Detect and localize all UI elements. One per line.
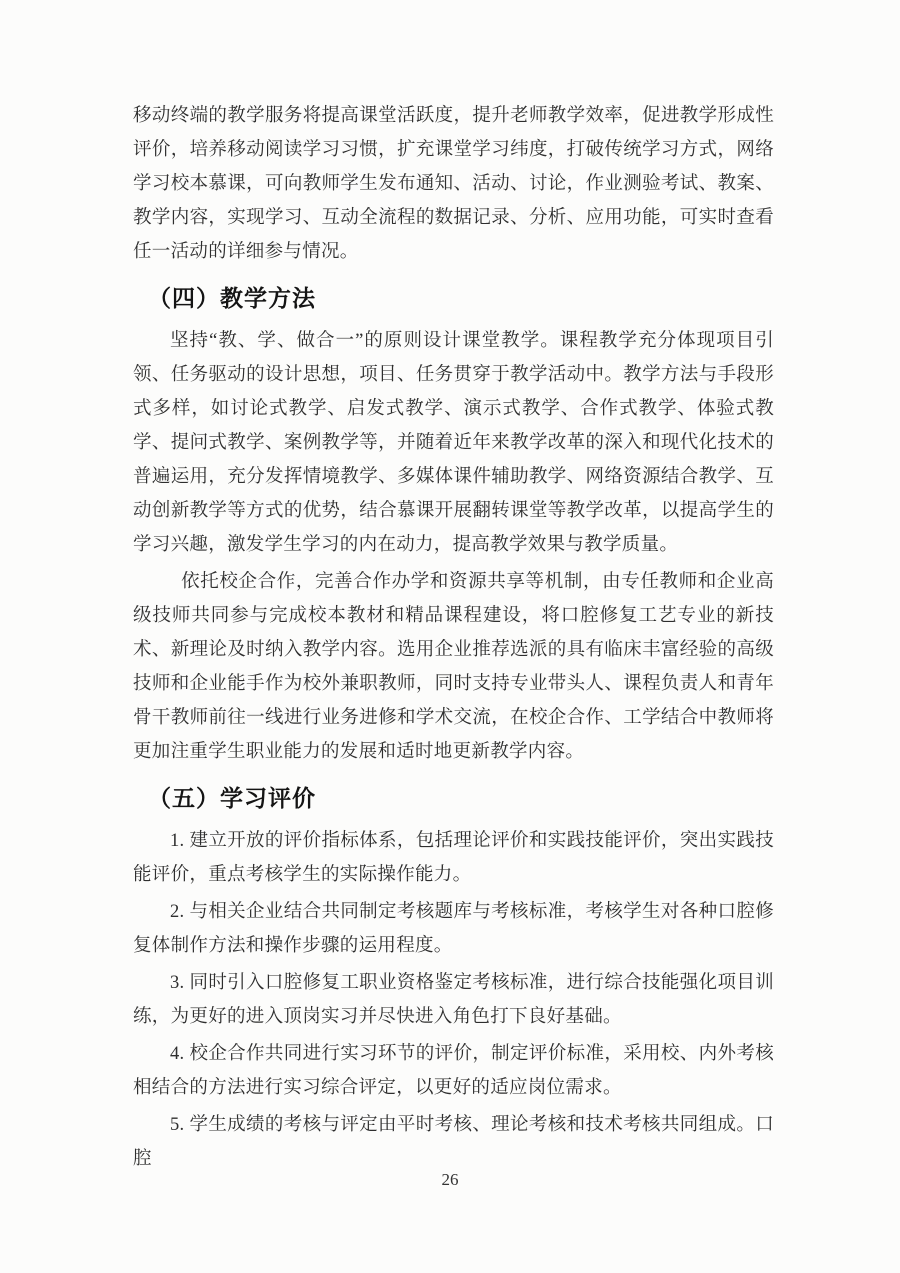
section-heading-learning-evaluation: （五）学习评价 xyxy=(133,782,774,815)
section-heading-teaching-methods: （四）教学方法 xyxy=(133,282,774,315)
page-content: 移动终端的教学服务将提高课堂活跃度，提升老师教学效率，促进教学形成性评价，培养移… xyxy=(133,99,774,1179)
paragraph-teaching-design: 坚持“教、学、做合一”的原则设计课堂教学。课程教学充分体现项目引领、任务驱动的设… xyxy=(133,324,774,562)
document-page: 移动终端的教学服务将提高课堂活跃度，提升老师教学效率，促进教学形成性评价，培养移… xyxy=(0,0,900,1273)
list-item-4: 4. 校企合作共同进行实习环节的评价，制定评价标准，采用校、内外考核相结合的方法… xyxy=(133,1037,774,1105)
page-number: 26 xyxy=(442,1170,459,1189)
list-item-1: 1. 建立开放的评价指标体系，包括理论评价和实践技能评价，突出实践技能评价，重点… xyxy=(133,824,774,892)
list-item-5: 5. 学生成绩的考核与评定由平时考核、理论考核和技术考核共同组成。口腔 xyxy=(133,1108,774,1176)
page-footer: 26 xyxy=(0,1170,900,1190)
paragraph-school-enterprise-cooperation: 依托校企合作，完善合作办学和资源共享等机制，由专任教师和企业高级技师共同参与完成… xyxy=(133,565,774,769)
paragraph-mobile-teaching-service: 移动终端的教学服务将提高课堂活跃度，提升老师教学效率，促进教学形成性评价，培养移… xyxy=(133,99,774,269)
list-item-3: 3. 同时引入口腔修复工职业资格鉴定考核标准，进行综合技能强化项目训练，为更好的… xyxy=(133,966,774,1034)
list-item-2: 2. 与相关企业结合共同制定考核题库与考核标准，考核学生对各种口腔修复体制作方法… xyxy=(133,895,774,963)
